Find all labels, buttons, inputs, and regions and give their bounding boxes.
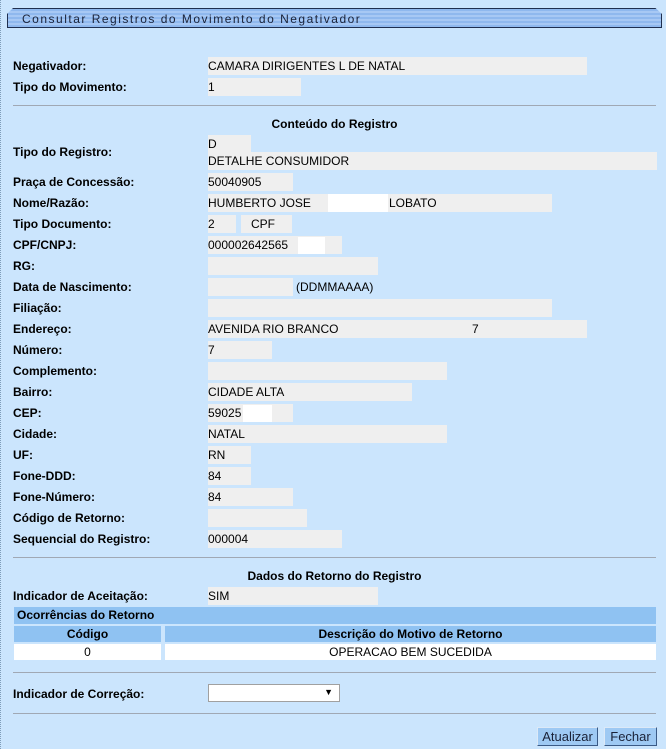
redacted-block: [243, 405, 272, 422]
fechar-button[interactable]: Fechar: [604, 727, 657, 746]
cell-descricao: OPERACAO BEM SUCEDIDA: [165, 644, 656, 660]
numero-label: Número:: [13, 343, 62, 357]
negativador-value: CAMARA DIRIGENTES L DE NATAL: [208, 57, 587, 75]
fone-numero-value: 84: [208, 488, 293, 506]
field-praca: Praça de Concessão: 50040905: [13, 173, 658, 191]
field-sequencial: Sequencial do Registro: 000004: [13, 530, 658, 548]
page-title-bar: Consultar Registros do Movimento do Nega…: [7, 8, 662, 28]
cep-label: CEP:: [13, 406, 42, 420]
complemento-value: [208, 362, 447, 380]
nome-value: HUMBERTO JOSE LOBATO: [208, 194, 552, 212]
field-bairro: Bairro: CIDADE ALTA: [13, 383, 658, 401]
divider: [13, 672, 656, 673]
negativador-label: Negativador:: [13, 59, 86, 73]
endereco-number: 7: [472, 320, 479, 338]
redacted-block: [298, 237, 325, 254]
page-border: [0, 0, 3, 749]
divider: [13, 713, 656, 714]
field-nascimento: Data de Nascimento: (DDMMAAAA): [13, 278, 658, 296]
field-tipo-registro: Tipo do Registro: D DETALHE CONSUMIDOR: [13, 135, 658, 171]
ocorrencias-table: Ocorrências do Retorno Código Descrição …: [14, 607, 656, 660]
tipo-movimento-label: Tipo do Movimento:: [13, 80, 127, 94]
rg-value: [208, 257, 378, 275]
filiacao-label: Filiação:: [13, 301, 62, 315]
section-title-conteudo: Conteúdo do Registro: [13, 117, 656, 131]
field-fone-numero: Fone-Número: 84: [13, 488, 658, 506]
table-header: Código Descrição do Motivo de Retorno: [14, 626, 656, 642]
chevron-down-icon: ▼: [324, 687, 333, 697]
field-cpf: CPF/CNPJ: 000002642565: [13, 236, 658, 254]
nome-first: HUMBERTO JOSE: [208, 196, 311, 210]
field-numero: Número: 7: [13, 341, 658, 359]
redacted-block: [328, 194, 388, 212]
endereco-label: Endereço:: [13, 322, 72, 336]
nascimento-value: [208, 278, 293, 296]
bairro-value: CIDADE ALTA: [208, 383, 412, 401]
field-complemento: Complemento:: [13, 362, 658, 380]
cidade-label: Cidade:: [13, 427, 57, 441]
uf-label: UF:: [13, 448, 33, 462]
nascimento-label: Data de Nascimento:: [13, 280, 132, 294]
correcao-label: Indicador de Correção:: [13, 687, 144, 701]
praca-value: 50040905: [208, 173, 293, 191]
field-fone-ddd: Fone-DDD: 84: [13, 467, 658, 485]
complemento-label: Complemento:: [13, 364, 97, 378]
cep-text: 59025: [208, 406, 241, 420]
tipo-movimento-value: 1: [208, 78, 301, 96]
field-tipo-movimento: Tipo do Movimento: 1: [13, 78, 658, 96]
cpf-value: 000002642565: [208, 236, 342, 254]
field-filiacao: Filiação:: [13, 299, 658, 317]
table-caption: Ocorrências do Retorno: [14, 607, 656, 624]
field-codigo-retorno: Código de Retorno:: [13, 509, 658, 527]
tipo-registro-description: DETALHE CONSUMIDOR: [208, 152, 657, 170]
numero-value: 7: [208, 341, 272, 359]
sequencial-label: Sequencial do Registro:: [13, 532, 150, 546]
cep-value: 59025: [208, 404, 293, 422]
correcao-select[interactable]: ▼: [208, 684, 340, 702]
tipo-registro-label: Tipo do Registro:: [13, 145, 112, 159]
field-negativador: Negativador: CAMARA DIRIGENTES L DE NATA…: [13, 57, 658, 75]
nome-last: LOBATO: [389, 194, 437, 212]
bairro-label: Bairro:: [13, 385, 52, 399]
field-nome: Nome/Razão: HUMBERTO JOSE LOBATO: [13, 194, 658, 212]
field-cidade: Cidade: NATAL: [13, 425, 658, 443]
aceitacao-value: SIM: [208, 587, 378, 605]
field-tipo-documento: Tipo Documento: 2 CPF: [13, 215, 658, 233]
divider: [13, 557, 656, 558]
tipo-documento-name: CPF: [241, 215, 292, 233]
fone-numero-label: Fone-Número:: [13, 490, 95, 504]
page-title: Consultar Registros do Movimento do Nega…: [22, 12, 361, 26]
sequencial-value: 000004: [208, 530, 342, 548]
section-title-retorno: Dados do Retorno do Registro: [13, 569, 656, 583]
field-aceitacao: Indicador de Aceitação: SIM: [13, 587, 658, 605]
field-cep: CEP: 59025: [13, 404, 658, 422]
cell-codigo: 0: [14, 644, 161, 660]
codigo-retorno-value: [208, 509, 307, 527]
cpf-label: CPF/CNPJ:: [13, 238, 76, 252]
tipo-registro-code: D: [208, 135, 251, 153]
nome-label: Nome/Razão:: [13, 196, 89, 210]
table-row: 0 OPERACAO BEM SUCEDIDA: [14, 644, 656, 660]
tipo-documento-label: Tipo Documento:: [13, 217, 111, 231]
header-descricao: Descrição do Motivo de Retorno: [165, 626, 656, 642]
cpf-text: 000002642565: [208, 238, 288, 252]
endereco-value: AVENIDA RIO BRANCO 7: [208, 320, 587, 338]
atualizar-button[interactable]: Atualizar: [537, 727, 598, 746]
field-endereco: Endereço: AVENIDA RIO BRANCO 7: [13, 320, 658, 338]
tipo-documento-code: 2: [208, 215, 236, 233]
field-uf: UF: RN: [13, 446, 658, 464]
uf-value: RN: [208, 446, 251, 464]
divider: [13, 105, 656, 106]
field-rg: RG:: [13, 257, 658, 275]
header-codigo: Código: [14, 626, 161, 642]
codigo-retorno-label: Código de Retorno:: [13, 511, 125, 525]
aceitacao-label: Indicador de Aceitação:: [13, 589, 148, 603]
filiacao-value: [208, 299, 552, 317]
cidade-value: NATAL: [208, 425, 447, 443]
fone-ddd-value: 84: [208, 467, 251, 485]
nascimento-hint: (DDMMAAAA): [296, 280, 373, 294]
endereco-street: AVENIDA RIO BRANCO: [208, 322, 338, 336]
praca-label: Praça de Concessão:: [13, 175, 134, 189]
rg-label: RG:: [13, 259, 35, 273]
fone-ddd-label: Fone-DDD:: [13, 469, 76, 483]
